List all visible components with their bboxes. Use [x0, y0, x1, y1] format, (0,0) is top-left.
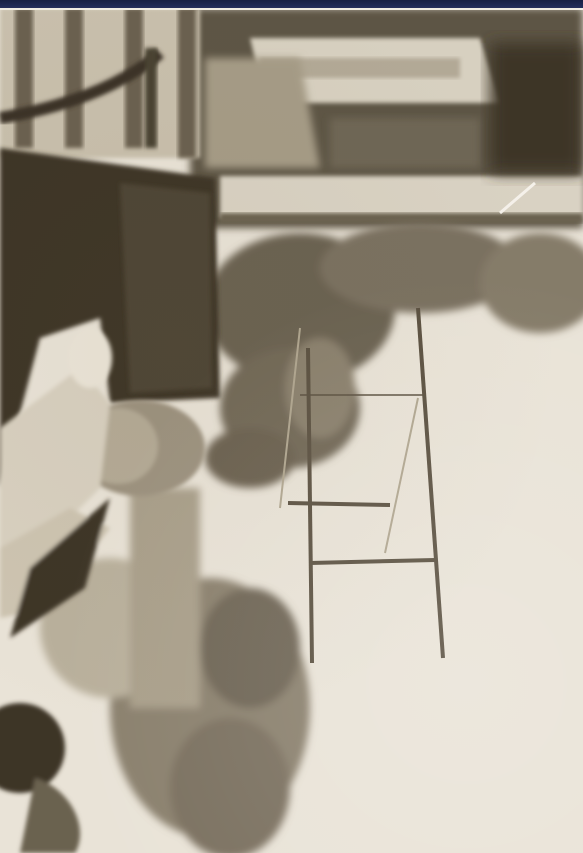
photo-scene [0, 8, 583, 853]
porch-railing [0, 8, 200, 158]
house [190, 8, 583, 228]
photo-edge [0, 8, 583, 10]
photograph [0, 8, 583, 853]
